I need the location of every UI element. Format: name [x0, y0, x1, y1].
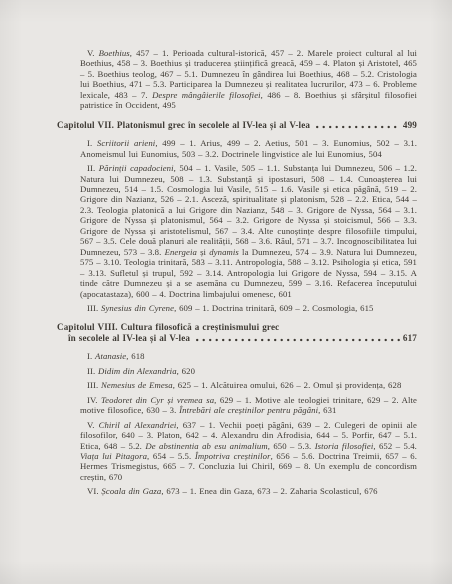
entry-text: Capitolul VII. Platonismul grec în secol…	[57, 120, 310, 130]
entry-text: VI. Școala din Gaza, 673 – 1. Enea din G…	[87, 486, 378, 496]
entry-text: V. Chiril al Alexandriei, 637 – 1. Vechi…	[80, 420, 420, 482]
book-page: V. Boethius, 457 – 1. Perioada cultural-…	[0, 0, 452, 584]
toc-entry: IV. Teodoret din Cyr și vremea sa, 629 –…	[80, 395, 417, 416]
dot-leader	[316, 125, 400, 129]
toc-entry: III. Synesius din Cyrene, 609 – 1. Doctr…	[80, 303, 417, 313]
entry-text: III. Nemesius de Emesa, 625 – 1. Alcătui…	[87, 380, 401, 390]
chapter-heading: Capitolul VII. Platonismul grec în secol…	[57, 120, 417, 130]
toc-entry: I. Atanasie, 618	[80, 351, 417, 361]
toc-entry: V. Boethius, 457 – 1. Perioada cultural-…	[80, 48, 417, 111]
entry-text: III. Synesius din Cyrene, 609 – 1. Doctr…	[87, 303, 374, 313]
entry-text: I. Atanasie, 618	[87, 351, 145, 361]
entry-text: II. Didim din Alexandria, 620	[87, 366, 195, 376]
toc-entry: I. Scriitorii arieni, 499 – 1. Arius, 49…	[80, 138, 417, 159]
chapter-page-number: 617	[403, 333, 417, 343]
entry-text: I. Scriitorii arieni, 499 – 1. Arius, 49…	[80, 138, 419, 158]
toc-entry: II. Didim din Alexandria, 620	[80, 366, 417, 376]
toc-entry: VI. Școala din Gaza, 673 – 1. Enea din G…	[80, 486, 417, 496]
entry-text: V. Boethius, 457 – 1. Perioada cultural-…	[80, 48, 420, 110]
chapter-page-number: 499	[403, 120, 417, 130]
toc-entry: II. Părinții capadocieni, 504 – 1. Vasil…	[80, 163, 417, 299]
entry-text: IV. Teodoret din Cyr și vremea sa, 629 –…	[80, 395, 420, 415]
toc-entry: III. Nemesius de Emesa, 625 – 1. Alcătui…	[80, 380, 417, 390]
chapter-heading: Capitolul VIII. Cultura filosofică a cre…	[57, 322, 417, 332]
toc-blocks: V. Boethius, 457 – 1. Perioada cultural-…	[57, 48, 417, 497]
toc-entry: V. Chiril al Alexandriei, 637 – 1. Vechi…	[80, 420, 417, 483]
entry-text: II. Părinții capadocieni, 504 – 1. Vasil…	[80, 163, 420, 298]
entry-text: în secolele al IV-lea și al V-lea	[68, 333, 190, 343]
dot-leader	[196, 338, 400, 342]
entry-text: Capitolul VIII. Cultura filosofică a cre…	[57, 322, 279, 332]
chapter-heading-continuation: în secolele al IV-lea și al V-lea617	[68, 333, 417, 343]
